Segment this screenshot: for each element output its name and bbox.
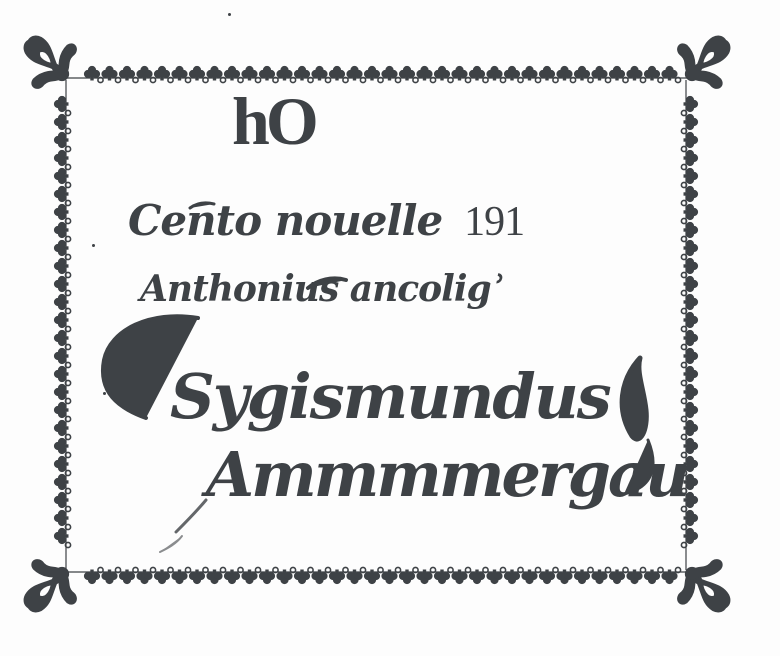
bookplate-page: hO Cento nouelle191 Anthonius ancoligʾ S… <box>0 0 780 656</box>
shelf-number: 191 <box>464 199 524 245</box>
corner-bottom-left-ornament-icon <box>24 560 76 612</box>
border-bottom <box>84 567 680 583</box>
corner-top-left-ornament-icon <box>24 36 76 88</box>
monogram: hO <box>232 82 315 161</box>
ornamental-border <box>0 0 780 656</box>
border-left <box>54 96 70 547</box>
inscription-line-signature: Ammmmergau <box>206 438 687 511</box>
speck <box>92 244 95 247</box>
inscription-line-author: Anthonius ancoligʾ <box>140 268 503 310</box>
inscription-line-title: Cento nouelle191 <box>128 196 524 246</box>
speck <box>228 13 231 16</box>
speck <box>103 392 106 395</box>
border-top <box>84 66 680 82</box>
title-text: Cento nouelle <box>128 196 442 245</box>
inscription-line-owner: Sygismundus <box>170 360 610 433</box>
